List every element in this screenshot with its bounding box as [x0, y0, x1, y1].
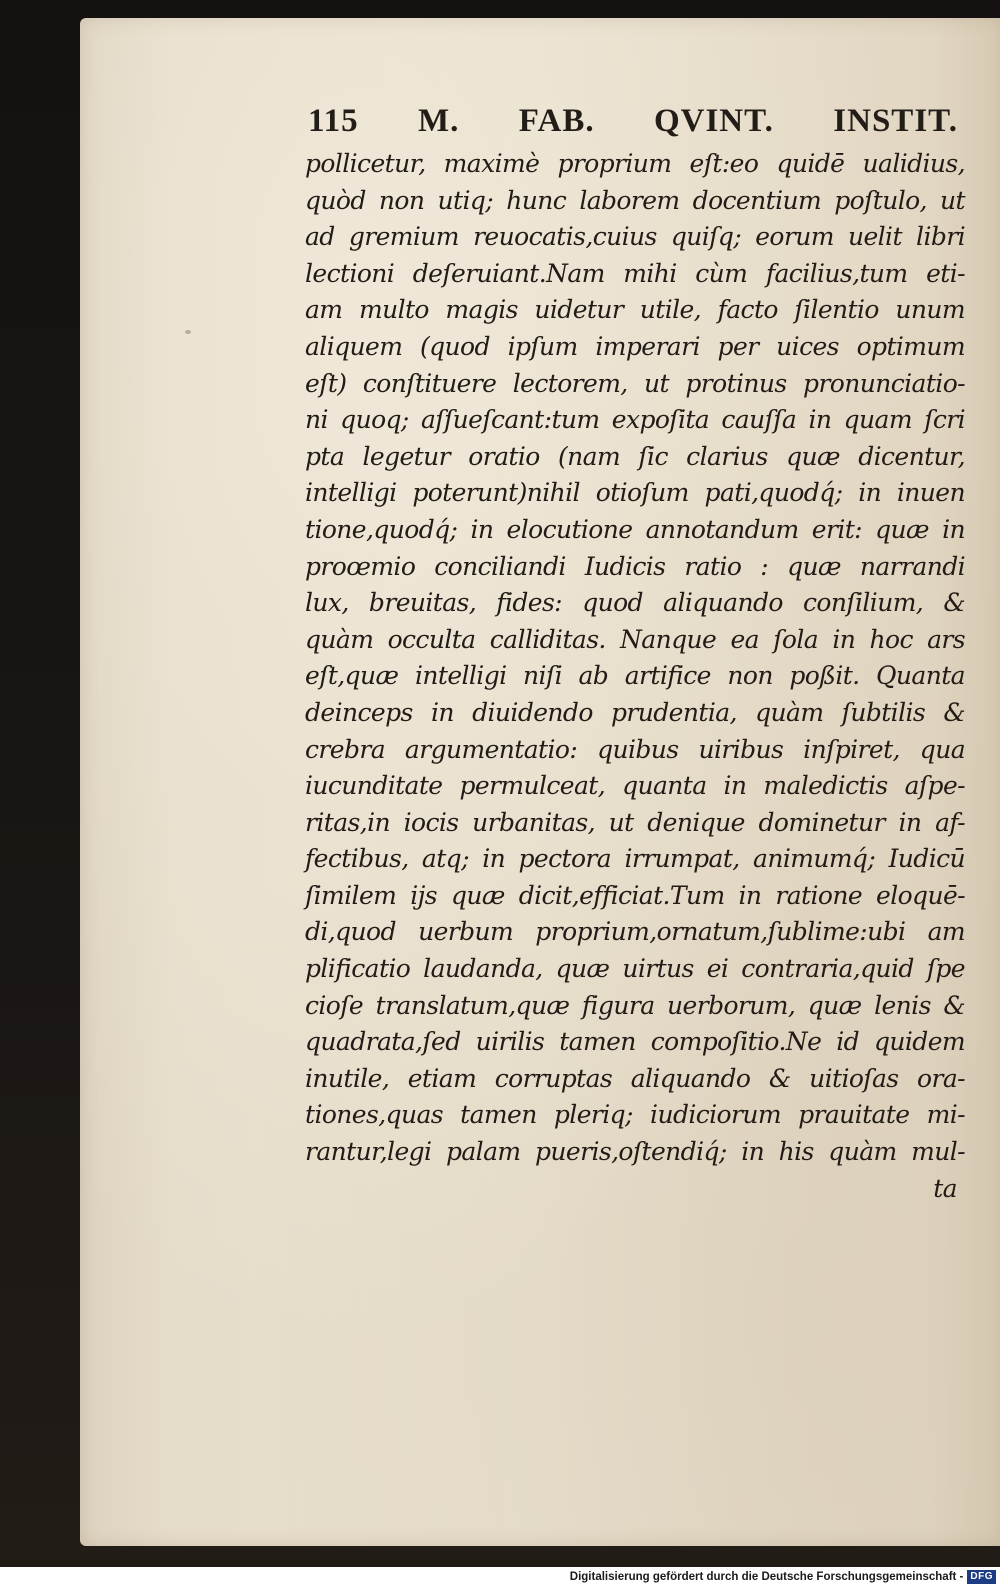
text-line: pta legetur oratio (nam ſic clarius quæ … [305, 439, 965, 476]
dfg-logo-icon: DFG [967, 1570, 996, 1584]
text-line: ritas,in iocis urbanitas, ut denique dom… [305, 805, 965, 842]
text-line: cioſe translatum,quæ figura uerborum, qu… [305, 988, 965, 1025]
body-text: pollicetur, maximè proprium eſt:eo quidē… [305, 146, 965, 1207]
catchword: ta [305, 1171, 965, 1208]
text-line: ad gremium reuocatis,cuius quiſq; eorum … [305, 219, 965, 256]
text-line: intelligi poterunt)nihil otioſum pati,qu… [305, 475, 965, 512]
running-head-author: M. [418, 103, 459, 140]
running-head-work: INSTIT. [833, 103, 958, 140]
text-line: ſimilem ijs quæ dicit,efficiat.Tum in ra… [305, 878, 965, 915]
text-line: pollicetur, maximè proprium eſt:eo quidē… [305, 146, 965, 183]
text-line: aliquem (quod ipſum imperari per uices o… [305, 329, 965, 366]
text-line: crebra argumentatio: quibus uiribus inſp… [305, 732, 965, 769]
text-line: quòd non utiq; hunc laborem docentium po… [305, 183, 965, 220]
text-line: iucunditate permulceat, quanta in maledi… [305, 768, 965, 805]
text-line: tione,quodq́; in elocutione annotandum e… [305, 512, 965, 549]
text-line: am multo magis uidetur utile, facto ſile… [305, 292, 965, 329]
text-line: inutile, etiam corruptas aliquando & uit… [305, 1061, 965, 1098]
text-line: proœmio conciliandi Iudicis ratio : quæ … [305, 549, 965, 586]
running-head-name2: QVINT. [654, 103, 774, 140]
text-line: deinceps in diuidendo prudentia, quàm ſu… [305, 695, 965, 732]
digitization-footer: Digitalisierung gefördert durch die Deut… [0, 1567, 1000, 1587]
text-line: rantur,legi palam pueris,oſtendiq́; in h… [305, 1134, 965, 1171]
text-line: lectioni deſeruiant.Nam mihi cùm faciliu… [305, 256, 965, 293]
text-line: di,quod uerbum proprium,ornatum,ſublime:… [305, 914, 965, 951]
text-line: eſt) conſtituere lectorem, ut protinus p… [305, 366, 965, 403]
text-line: quadrata,ſed uirilis tamen compoſitio.Ne… [305, 1024, 965, 1061]
text-line: plificatio laudanda, quæ uirtus ei contr… [305, 951, 965, 988]
running-head-name1: FAB. [519, 103, 595, 140]
running-head: 115 M. FAB. QVINT. INSTIT. [308, 103, 958, 140]
margin-speck [185, 330, 191, 334]
text-line: ni quoq; aſſueſcant:tum expoſita cauſſa … [305, 402, 965, 439]
footer-credit: Digitalisierung gefördert durch die Deut… [570, 1571, 964, 1583]
text-line: eſt,quæ intelligi niſi ab artifice non p… [305, 658, 965, 695]
text-line: tiones,quas tamen pleriq; iudiciorum pra… [305, 1097, 965, 1134]
text-line: fectibus, atq; in pectora irrumpat, anim… [305, 841, 965, 878]
text-line: lux, breuitas, fides: quod aliquando con… [305, 585, 965, 622]
page-number: 115 [308, 103, 359, 140]
text-line: quàm occulta calliditas. Nanque ea ſola … [305, 622, 965, 659]
